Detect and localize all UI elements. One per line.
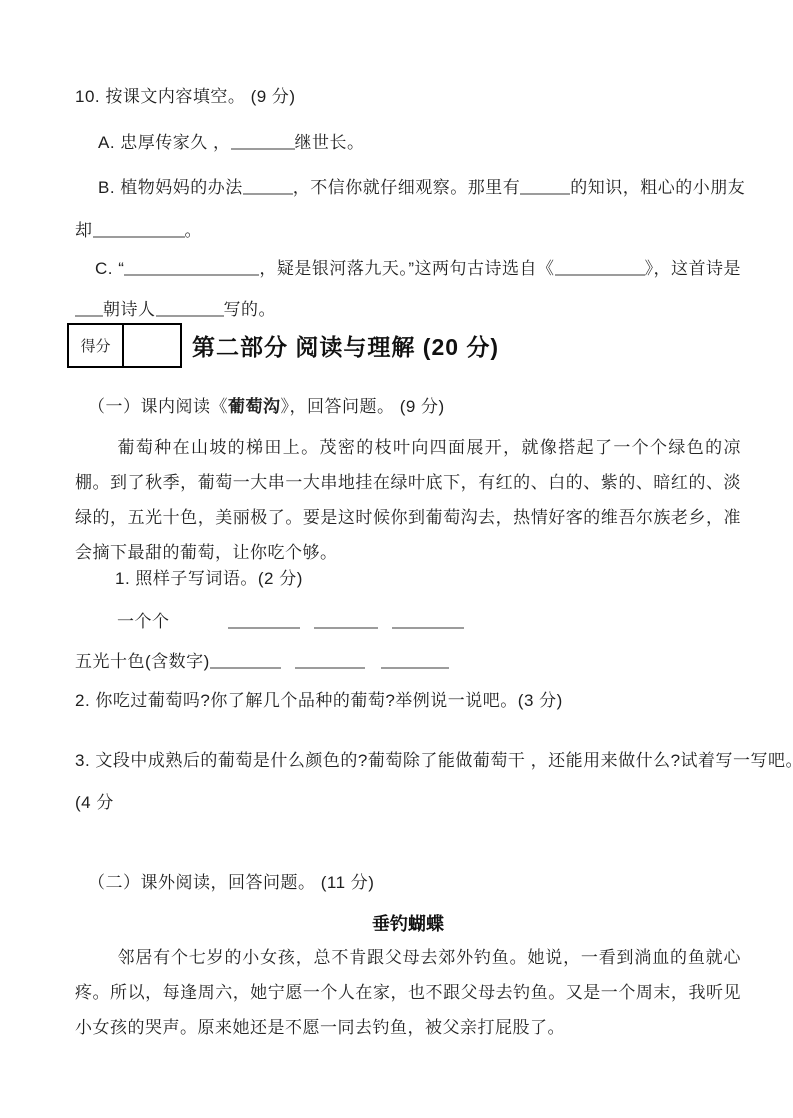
sub-question-3-continued: (4 分 — [75, 792, 114, 814]
item-c-text-1: C. “ — [95, 259, 124, 278]
item-b2-text-1: 却 — [75, 221, 93, 240]
question-10-item-a: A. 忠厚传家久 ，继世长。 — [98, 129, 365, 154]
reading-passage-putaogou: 葡萄种在山坡的梯田上。茂密的枝叶向四面展开，就像搭起了一个个绿色的凉棚。到了秋季… — [75, 431, 741, 571]
answer-blank — [210, 650, 281, 669]
answer-blank — [381, 650, 449, 669]
score-box-value-cell — [124, 325, 180, 366]
answer-blank — [231, 131, 295, 150]
section-2-title: （二）课外阅读，回答问题。 (11 分) — [88, 872, 374, 894]
answer-blank — [93, 219, 185, 238]
question-10-title: 10. 按课文内容填空。 (9 分) — [75, 86, 296, 108]
part2-heading: 第二部分 阅读与理解 (20 分) — [192, 329, 499, 362]
question-10-item-b-continued: 却。 — [75, 217, 202, 242]
item-c-text-3: 》，这首诗是 — [645, 259, 742, 278]
answer-blank — [314, 610, 378, 629]
answer-blank — [520, 176, 570, 195]
question-10-item-c: C. “，疑是银河落九天。”这两句古诗选自《》，这首诗是 — [95, 255, 741, 280]
item-a-text-2: 继世长。 — [295, 133, 365, 152]
item-c-text-2: ，疑是银河落九天。”这两句古诗选自《 — [259, 259, 554, 278]
answer-blank — [555, 257, 645, 276]
section-1-book-title: 葡萄沟 — [228, 397, 281, 416]
answer-blank — [392, 610, 464, 629]
sub-question-2: 2. 你吃过葡萄吗?你了解几个品种的葡萄?举例说一说吧。(3 分) — [75, 690, 563, 712]
item-c2-text-2: 写的。 — [224, 300, 277, 319]
reading-passage-chuidiao-hudie: 邻居有个七岁的小女孩，总不肯跟父母去郊外钓鱼。她说，一看到淌血的鱼就心疼。所以，… — [75, 941, 741, 1046]
sub-question-1-title: 1. 照样子写词语。(2 分) — [115, 568, 303, 590]
question-10-item-c-continued: 朝诗人写的。 — [75, 296, 276, 321]
sub-question-1-row-2: 五光十色(含数字) — [75, 648, 449, 673]
answer-blank — [75, 298, 103, 317]
sub-question-3: 3. 文段中成熟后的葡萄是什么颜色的?葡萄除了能做葡萄干 ，还能用来做什么?试着… — [75, 750, 793, 772]
question-10-item-b: B. 植物妈妈的办法，不信你就仔细观察。那里有的知识，粗心的小朋友 — [98, 174, 745, 199]
section-1-title-post: 》，回答问题。 (9 分) — [281, 397, 445, 416]
answer-blank — [243, 176, 293, 195]
passage-title-chuidiao-hudie: 垂钓蝴蝶 — [75, 910, 741, 936]
exam-page: 10. 按课文内容填空。 (9 分) A. 忠厚传家久 ，继世长。 B. 植物妈… — [0, 0, 793, 1118]
answer-blank — [124, 257, 259, 276]
item-c2-text-1: 朝诗人 — [103, 300, 156, 319]
answer-blank — [228, 610, 300, 629]
section-1-title: （一）课内阅读《葡萄沟》，回答问题。 (9 分) — [88, 396, 445, 418]
section-1-title-pre: （一）课内阅读《 — [88, 397, 228, 416]
q1-example-2: 五光十色(含数字) — [75, 652, 210, 671]
answer-blank — [295, 650, 365, 669]
sub-question-1-row-1: 一个个 — [117, 608, 464, 633]
item-b-text-2: ，不信你就仔细观察。那里有 — [293, 178, 521, 197]
item-b-text-1: B. 植物妈妈的办法 — [98, 178, 243, 197]
score-box-label: 得分 — [69, 325, 124, 366]
answer-blank — [156, 298, 224, 317]
item-b-text-3: 的知识，粗心的小朋友 — [570, 178, 745, 197]
q1-example-1: 一个个 — [117, 612, 170, 631]
item-b2-text-2: 。 — [185, 221, 203, 240]
score-box: 得分 — [67, 323, 182, 368]
item-a-text-1: A. 忠厚传家久 ， — [98, 133, 231, 152]
